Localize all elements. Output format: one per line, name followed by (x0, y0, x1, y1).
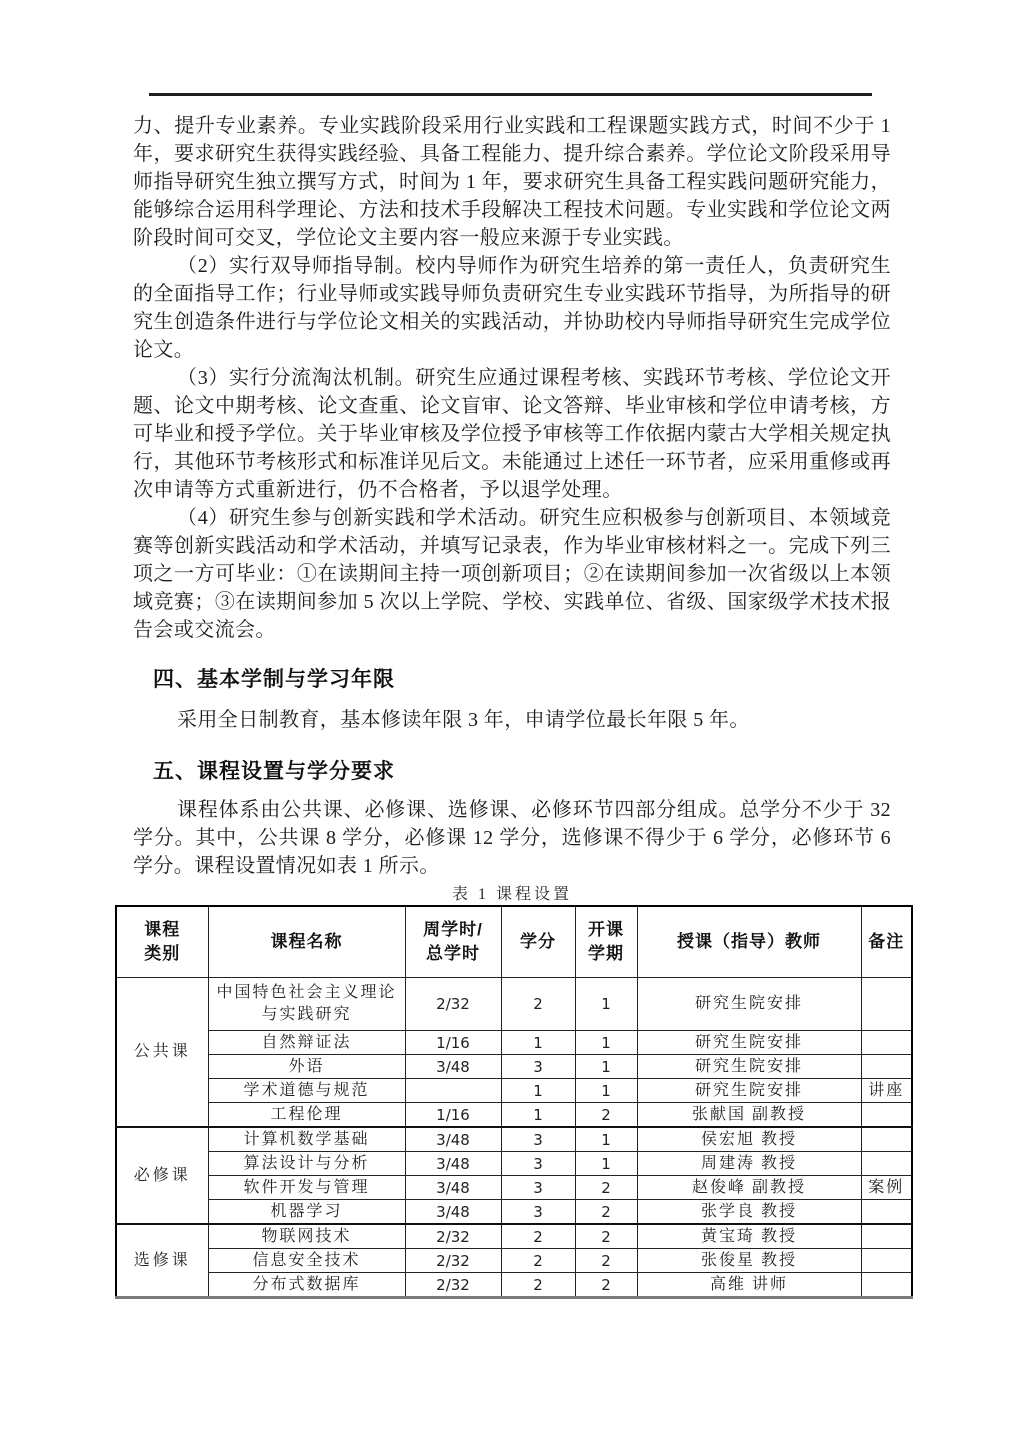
cell-note (861, 1127, 912, 1152)
cell-hours: 3/48 (405, 1152, 501, 1176)
cell-hours: 2/32 (405, 1273, 501, 1298)
cell-hours: 2/32 (405, 1224, 501, 1249)
course-row: 工程伦理 1/16 1 2 张献国 副教授 (116, 1103, 912, 1128)
cell-course-name: 分布式数据库 (208, 1273, 405, 1298)
cell-category-public: 公共课 (116, 978, 208, 1128)
cell-course-name: 自然辩证法 (208, 1031, 405, 1055)
section-heading-duration: 四、基本学制与学习年限 (153, 666, 891, 694)
course-row: 分布式数据库 2/32 2 2 高维 讲师 (116, 1273, 912, 1298)
header-teacher: 授课（指导）教师 (637, 906, 861, 978)
cell-teacher: 研究生院安排 (637, 1079, 861, 1103)
cell-teacher: 高维 讲师 (637, 1273, 861, 1298)
course-row: 选修课 物联网技术 2/32 2 2 黄宝琦 教授 (116, 1224, 912, 1249)
paragraph-dual-supervisor: （2）实行双导师指导制。校内导师作为研究生培养的第一责任人，负责研究生的全面指导… (133, 252, 891, 364)
cell-hours: 3/48 (405, 1176, 501, 1200)
cell-credits: 3 (501, 1127, 575, 1152)
header-category: 课程 类别 (116, 906, 208, 978)
cell-hours (405, 1079, 501, 1103)
cell-credits: 2 (501, 978, 575, 1031)
table-caption: 表 1 课程设置 (133, 885, 891, 905)
cell-teacher: 研究生院安排 (637, 1031, 861, 1055)
cell-hours: 3/48 (405, 1200, 501, 1225)
cell-note (861, 1224, 912, 1249)
cell-semester: 2 (575, 1224, 637, 1249)
header-course-name: 课程名称 (208, 906, 405, 978)
cell-note (861, 1152, 912, 1176)
cell-credits: 3 (501, 1176, 575, 1200)
page-header-rule (149, 93, 872, 96)
cell-credits: 2 (501, 1273, 575, 1298)
cell-teacher: 张献国 副教授 (637, 1103, 861, 1128)
cell-category-required: 必修课 (116, 1127, 208, 1224)
cell-teacher: 侯宏旭 教授 (637, 1127, 861, 1152)
table-header-row: 课程 类别 课程名称 周学时/ 总学时 学分 开课 学期 授课（指导）教师 备注 (116, 906, 912, 978)
header-credits: 学分 (501, 906, 575, 978)
cell-credits: 3 (501, 1055, 575, 1079)
header-semester: 开课 学期 (575, 906, 637, 978)
cell-semester: 2 (575, 1249, 637, 1273)
cell-note (861, 1273, 912, 1298)
cell-note: 案例 (861, 1176, 912, 1200)
cell-semester: 1 (575, 1031, 637, 1055)
cell-teacher: 赵俊峰 副教授 (637, 1176, 861, 1200)
course-row: 机器学习 3/48 3 2 张学良 教授 (116, 1200, 912, 1225)
paragraph-duration: 采用全日制教育，基本修读年限 3 年，申请学位最长年限 5 年。 (133, 706, 891, 734)
cell-semester: 1 (575, 1152, 637, 1176)
cell-hours: 1/16 (405, 1031, 501, 1055)
cell-credits: 1 (501, 1079, 575, 1103)
cell-teacher: 张学良 教授 (637, 1200, 861, 1225)
cell-course-name: 机器学习 (208, 1200, 405, 1225)
cell-semester: 1 (575, 1127, 637, 1152)
cell-note (861, 1055, 912, 1079)
cell-course-name: 工程伦理 (208, 1103, 405, 1128)
cell-semester: 2 (575, 1273, 637, 1298)
cell-course-name: 信息安全技术 (208, 1249, 405, 1273)
course-row: 信息安全技术 2/32 2 2 张俊星 教授 (116, 1249, 912, 1273)
course-row: 自然辩证法 1/16 1 1 研究生院安排 (116, 1031, 912, 1055)
cell-course-name: 物联网技术 (208, 1224, 405, 1249)
cell-semester: 2 (575, 1176, 637, 1200)
cell-course-name: 计算机数学基础 (208, 1127, 405, 1152)
cell-course-name: 学术道德与规范 (208, 1079, 405, 1103)
cell-hours: 2/32 (405, 978, 501, 1031)
paragraph-practice-continuation: 力、提升专业素养。专业实践阶段采用行业实践和工程课题实践方式，时间不少于 1 年… (133, 112, 891, 252)
section-heading-curriculum: 五、课程设置与学分要求 (153, 758, 891, 786)
cell-course-name: 软件开发与管理 (208, 1176, 405, 1200)
cell-teacher: 张俊星 教授 (637, 1249, 861, 1273)
cell-credits: 2 (501, 1249, 575, 1273)
document-page: 力、提升专业素养。专业实践阶段采用行业实践和工程课题实践方式，时间不少于 1 年… (0, 0, 1024, 1448)
cell-semester: 1 (575, 1055, 637, 1079)
course-row: 学术道德与规范 1 1 研究生院安排 讲座 (116, 1079, 912, 1103)
cell-course-name: 中国特色社会主义理论 与实践研究 (208, 978, 405, 1031)
course-row: 软件开发与管理 3/48 3 2 赵俊峰 副教授 案例 (116, 1176, 912, 1200)
cell-hours: 3/48 (405, 1127, 501, 1152)
paragraph-curriculum: 课程体系由公共课、必修课、选修课、必修环节四部分组成。总学分不少于 32 学分。… (133, 796, 891, 880)
course-row: 公共课 中国特色社会主义理论 与实践研究 2/32 2 1 研究生院安排 (116, 978, 912, 1031)
course-table-container: 课程 类别 课程名称 周学时/ 总学时 学分 开课 学期 授课（指导）教师 备注… (115, 905, 913, 1299)
cell-semester: 2 (575, 1200, 637, 1225)
cell-semester: 1 (575, 1079, 637, 1103)
cell-note (861, 1249, 912, 1273)
cell-note (861, 1200, 912, 1225)
document-body: 力、提升专业素养。专业实践阶段采用行业实践和工程课题实践方式，时间不少于 1 年… (133, 112, 891, 905)
cell-note (861, 978, 912, 1031)
cell-teacher: 研究生院安排 (637, 978, 861, 1031)
cell-credits: 1 (501, 1103, 575, 1128)
paragraph-innovation-activities: （4）研究生参与创新实践和学术活动。研究生应积极参与创新项目、本领域竞赛等创新实… (133, 504, 891, 644)
cell-note: 讲座 (861, 1079, 912, 1103)
cell-semester: 1 (575, 978, 637, 1031)
cell-hours: 1/16 (405, 1103, 501, 1128)
course-row: 必修课 计算机数学基础 3/48 3 1 侯宏旭 教授 (116, 1127, 912, 1152)
cell-teacher: 研究生院安排 (637, 1055, 861, 1079)
header-hours: 周学时/ 总学时 (405, 906, 501, 978)
cell-credits: 3 (501, 1200, 575, 1225)
cell-teacher: 黄宝琦 教授 (637, 1224, 861, 1249)
course-row: 外语 3/48 3 1 研究生院安排 (116, 1055, 912, 1079)
cell-credits: 2 (501, 1224, 575, 1249)
cell-course-name: 算法设计与分析 (208, 1152, 405, 1176)
paragraph-elimination-mechanism: （3）实行分流淘汰机制。研究生应通过课程考核、实践环节考核、学位论文开题、论文中… (133, 364, 891, 504)
course-row: 算法设计与分析 3/48 3 1 周建涛 教授 (116, 1152, 912, 1176)
cell-note (861, 1031, 912, 1055)
cell-teacher: 周建涛 教授 (637, 1152, 861, 1176)
cell-credits: 1 (501, 1031, 575, 1055)
header-note: 备注 (861, 906, 912, 978)
cell-credits: 3 (501, 1152, 575, 1176)
cell-note (861, 1103, 912, 1128)
cell-course-name: 外语 (208, 1055, 405, 1079)
cell-semester: 2 (575, 1103, 637, 1128)
cell-hours: 3/48 (405, 1055, 501, 1079)
course-table: 课程 类别 课程名称 周学时/ 总学时 学分 开课 学期 授课（指导）教师 备注… (115, 905, 913, 1299)
cell-category-elective: 选修课 (116, 1224, 208, 1298)
cell-hours: 2/32 (405, 1249, 501, 1273)
